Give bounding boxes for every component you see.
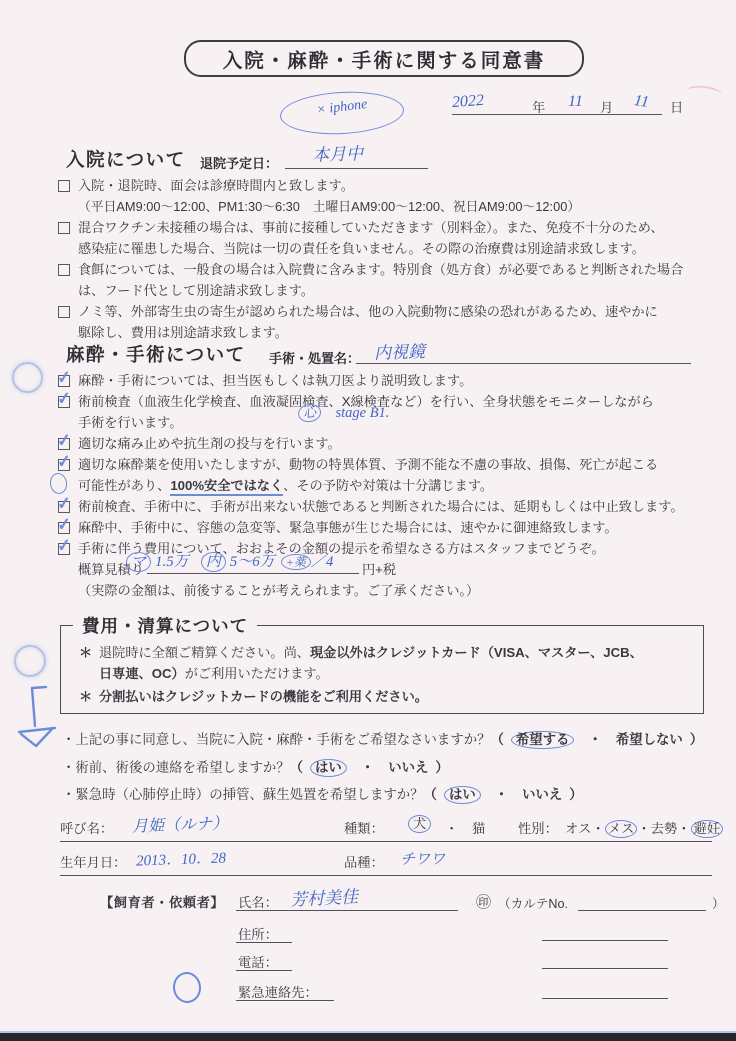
owner-name-handwritten: 芳村美佳 <box>289 882 358 911</box>
checkbox <box>58 222 70 234</box>
option-unselected: いいえ <box>522 787 562 802</box>
item-text-bold: 100%安全ではなく <box>170 478 283 496</box>
breed-handwritten: チワワ <box>400 848 445 869</box>
checkbox <box>58 543 70 555</box>
estimate-pen-value-2: 5〜6万 <box>230 554 275 570</box>
form-title-text: 入院・麻酔・手術に関する同意書 <box>223 45 546 73</box>
payment-item: ＊ 退院時に全額ご精算ください。尚、現金以外はクレジットカード（VISA、マスタ… <box>77 643 691 684</box>
question-consent: ・上記の事に同意し、当院に入院・麻酔・手術をご希望なさいますか？（希望する・希望… <box>62 726 730 754</box>
estimate-pen-value-3: ／4 <box>311 554 334 570</box>
sex-separator: ・ <box>637 821 650 836</box>
sex-separator: ・ <box>677 821 690 836</box>
hospitalization-item: 入院・退院時、面会は診療時間内と致します。 （平日AM9:00〜12:00、PM… <box>57 175 707 217</box>
paren: （ <box>290 760 303 775</box>
karte-no-underline <box>578 910 706 911</box>
anesthesia-item: 麻酔中、手術中に、容態の急変等、緊急事態が生じた場合には、速やかに御連絡致します… <box>57 517 712 538</box>
checkbox <box>58 180 70 192</box>
option-selected: 希望する <box>511 731 575 749</box>
sex-label: 性別： <box>518 818 558 837</box>
pet-name-label: 呼び名： <box>60 818 113 837</box>
procedure-name-underline <box>356 363 691 364</box>
date-underline <box>452 114 662 115</box>
species-option-dog: 犬 <box>408 815 431 833</box>
owner-name-label: 氏名： <box>238 892 278 911</box>
pen-note-stage: stage B1. <box>335 405 389 421</box>
discharge-date-label: 退院予定日： <box>200 153 278 172</box>
owner-heading: 【飼育者・依頼者】 <box>100 892 224 911</box>
asterisk: ＊ <box>79 643 92 664</box>
address-underline <box>236 942 292 943</box>
owner-section: 【飼育者・依頼者】 氏名： 芳村美佳 ㊞ （カルテNo. ） 住所： 電話： 緊… <box>100 888 730 1010</box>
birthdate-label: 生年月日： <box>60 852 126 871</box>
question-resuscitation: ・緊急時（心肺停止時）の挿管、蘇生処置を希望しますか？（はい・いいえ） <box>62 781 730 809</box>
procedure-name-label: 手術・処置名： <box>269 348 360 367</box>
estimate-suffix: 円+税 <box>362 562 396 577</box>
sex-option-male: オス <box>565 821 591 836</box>
anesthesia-item: 適切な痛み止めや抗生剤の投与を行います。 <box>57 433 712 454</box>
discharge-date-underline <box>285 168 428 169</box>
question-contact: ・術前、術後の連絡を希望しますか？（はい・いいえ） <box>62 754 730 782</box>
hospitalization-heading-row: 入院について 退院予定日： 本月中 <box>66 146 686 176</box>
checkbox <box>58 396 70 408</box>
anesthesia-heading-row: 麻酔・手術について 手術・処置名： 内視鏡 <box>66 341 716 371</box>
emergency-underline <box>236 1000 334 1001</box>
karte-no-label: （カルテNo. <box>498 893 568 912</box>
item-subtext: （平日AM9:00〜12:00、PM1:30〜6:30 土曜日AM9:00〜12… <box>78 196 707 217</box>
option-unselected: いいえ <box>388 760 428 775</box>
sex-options: オス・メス・去勢・避妊 <box>565 818 723 838</box>
option-selected: はい <box>444 786 481 804</box>
item-text: ノミ等、外部寄生虫の寄生が認められた場合は、他の入院動物に感染の恐れがあるため、… <box>78 304 658 340</box>
item-text: 混合ワクチン未接種の場合は、事前に接種していただきます（別料金）。また、免疫不十… <box>78 220 664 256</box>
estimate-pen-circle-3: +薬 <box>281 554 311 570</box>
checkbox <box>58 501 70 513</box>
item-text: 麻酔中、手術中に、容態の急変等、緊急事態が生じた場合には、速やかに御連絡致します… <box>78 520 618 535</box>
birthdate-handwritten: 2013．10．28 <box>136 846 227 870</box>
item-text: 入院・退院時、面会は診療時間内と致します。 <box>78 178 354 193</box>
checkbox <box>58 522 70 534</box>
stage-annotation: 心 stage B1. <box>298 404 389 422</box>
checkbox <box>58 459 70 471</box>
item-text: 適切な痛み止めや抗生剤の投与を行います。 <box>78 436 341 451</box>
asterisk: ＊ <box>79 687 92 708</box>
paren: （ <box>424 787 437 802</box>
question-text: ・緊急時（心肺停止時）の挿管、蘇生処置を希望しますか？ <box>62 787 424 802</box>
pen-arrow-down <box>14 684 62 750</box>
paren: ） <box>690 732 703 747</box>
item-text: 食餌については、一般食の場合は入院費に含みます。特別食（処方食）が必要であると判… <box>78 262 683 298</box>
item-text: 麻酔・手術については、担当医もしくは執刀医より説明致します。 <box>78 373 472 388</box>
pen-margin-circle-2 <box>14 645 46 677</box>
species-separator: ・ <box>445 818 458 837</box>
sex-option-female: メス <box>605 820 638 838</box>
sex-option-spayed: 避妊 <box>691 820 724 838</box>
hospitalization-item: 混合ワクチン未接種の場合は、事前に接種していただきます（別料金）。また、免疫不十… <box>57 217 707 259</box>
payment-heading: 費用・清算について <box>73 613 257 638</box>
checkbox <box>58 264 70 276</box>
phone-right-line <box>542 968 668 969</box>
checkbox <box>58 375 70 387</box>
karte-no-close: ） <box>712 893 725 912</box>
estimate-pen-circle-2: 内 <box>201 552 226 572</box>
estimate-handwriting: マ1.5万内5〜6万+薬／4 <box>126 550 333 572</box>
payment-text-bold: 分割払いはクレジットカードの機能をご利用ください。 <box>99 689 428 704</box>
scan-edge-strip <box>0 1033 736 1041</box>
pen-note-iphone: × iphone <box>280 86 404 124</box>
scanned-consent-form: 入院・麻酔・手術に関する同意書 × iphone 2022 年 11 月 11 … <box>0 0 736 1041</box>
pet-name-handwritten: 月姫（ルナ） <box>132 810 229 836</box>
owner-name-underline <box>236 910 458 911</box>
form-title: 入院・麻酔・手術に関する同意書 <box>184 40 584 77</box>
option-separator: ・ <box>588 732 601 747</box>
paren: ） <box>435 760 448 775</box>
checkbox <box>58 438 70 450</box>
hospitalization-item: 食餌については、一般食の場合は入院費に含みます。特別食（処方食）が必要であると判… <box>57 259 707 301</box>
question-text: ・上記の事に同意し、当院に入院・麻酔・手術をご希望なさいますか？ <box>62 732 491 747</box>
payment-text-post: がご利用いただけます。 <box>185 666 329 681</box>
date-day-handwritten: 11 <box>633 92 650 112</box>
anesthesia-item: 麻酔・手術については、担当医もしくは執刀医より説明致します。 <box>57 370 712 391</box>
pet-row-2: 生年月日： 2013．10．28 品種： チワワ <box>60 846 712 876</box>
option-separator: ・ <box>495 787 508 802</box>
hospitalization-item: ノミ等、外部寄生虫の寄生が認められた場合は、他の入院動物に感染の恐れがあるため、… <box>57 301 707 343</box>
payment-section: 費用・清算について ＊ 退院時に全額ご精算ください。尚、現金以外はクレジットカー… <box>60 625 704 714</box>
date-day-label: 日 <box>670 97 683 116</box>
emergency-right-line <box>542 998 668 999</box>
payment-text-pre: 退院時に全額ご精算ください。尚、 <box>99 645 310 660</box>
option-unselected: 希望しない <box>616 732 683 747</box>
item-text: 術前検査、手術中に、手術が出来ない状態であると判断された場合には、延期もしくは中… <box>78 499 684 514</box>
estimate-pen-circle-1: マ <box>126 552 151 572</box>
anesthesia-item: 適切な麻酔薬を使用いたしますが、動物の特異体質、予測不能な不慮の事故、損傷、死亡… <box>57 454 712 496</box>
questions: ・上記の事に同意し、当院に入院・麻酔・手術をご希望なさいますか？（希望する・希望… <box>62 726 730 809</box>
paren: （ <box>491 732 504 747</box>
paren: ） <box>569 787 582 802</box>
option-separator: ・ <box>361 760 374 775</box>
emergency-contact-label: 緊急連絡先： <box>238 982 318 1001</box>
question-text: ・術前、術後の連絡を希望しますか？ <box>62 760 290 775</box>
breed-label: 品種： <box>344 852 384 871</box>
procedure-name-handwritten: 内視鏡 <box>374 337 426 364</box>
address-right-line <box>542 940 668 941</box>
phone-underline <box>236 970 292 971</box>
anesthesia-heading: 麻酔・手術について <box>66 341 246 367</box>
sex-option-neutered: 去勢 <box>651 821 678 836</box>
discharge-date-handwritten: 本月中 <box>312 139 364 166</box>
pen-note-heart: 心 <box>297 402 323 423</box>
payment-item: ＊ 分割払いはクレジットカードの機能をご利用ください。 <box>77 687 691 708</box>
sex-separator: ・ <box>591 821 604 836</box>
item-text-post: 、その予防や対策は十分講じます。 <box>283 478 493 493</box>
checkbox <box>58 306 70 318</box>
date-year-handwritten: 2022 <box>451 92 484 112</box>
option-selected: はい <box>310 759 347 777</box>
pen-ellipse-iphone-note: × iphone <box>279 89 405 137</box>
address-label: 住所： <box>238 924 278 943</box>
estimate-note: （実際の金額は、前後することが考えられます。ご了承ください。） <box>57 580 712 601</box>
estimate-pen-value-1: 1.5万 <box>155 554 189 570</box>
species-label: 種類： <box>344 818 384 837</box>
pen-margin-circle-1 <box>12 362 43 393</box>
hospitalization-items: 入院・退院時、面会は診療時間内と致します。 （平日AM9:00〜12:00、PM… <box>57 175 707 343</box>
seal-mark: ㊞ <box>476 891 491 912</box>
pet-row-1: 呼び名： 月姫（ルナ） 種類： 犬 ・ 猫 性別： オス・メス・去勢・避妊 <box>60 812 712 842</box>
anesthesia-item: 術前検査、手術中に、手術が出来ない状態であると判断された場合には、延期もしくは中… <box>57 496 712 517</box>
date-month-handwritten: 11 <box>568 93 583 111</box>
hospitalization-heading: 入院について <box>66 146 186 172</box>
species-option-cat: 猫 <box>472 818 485 837</box>
date-line: 2022 年 11 月 11 日 <box>452 93 714 119</box>
phone-label: 電話： <box>238 952 278 971</box>
